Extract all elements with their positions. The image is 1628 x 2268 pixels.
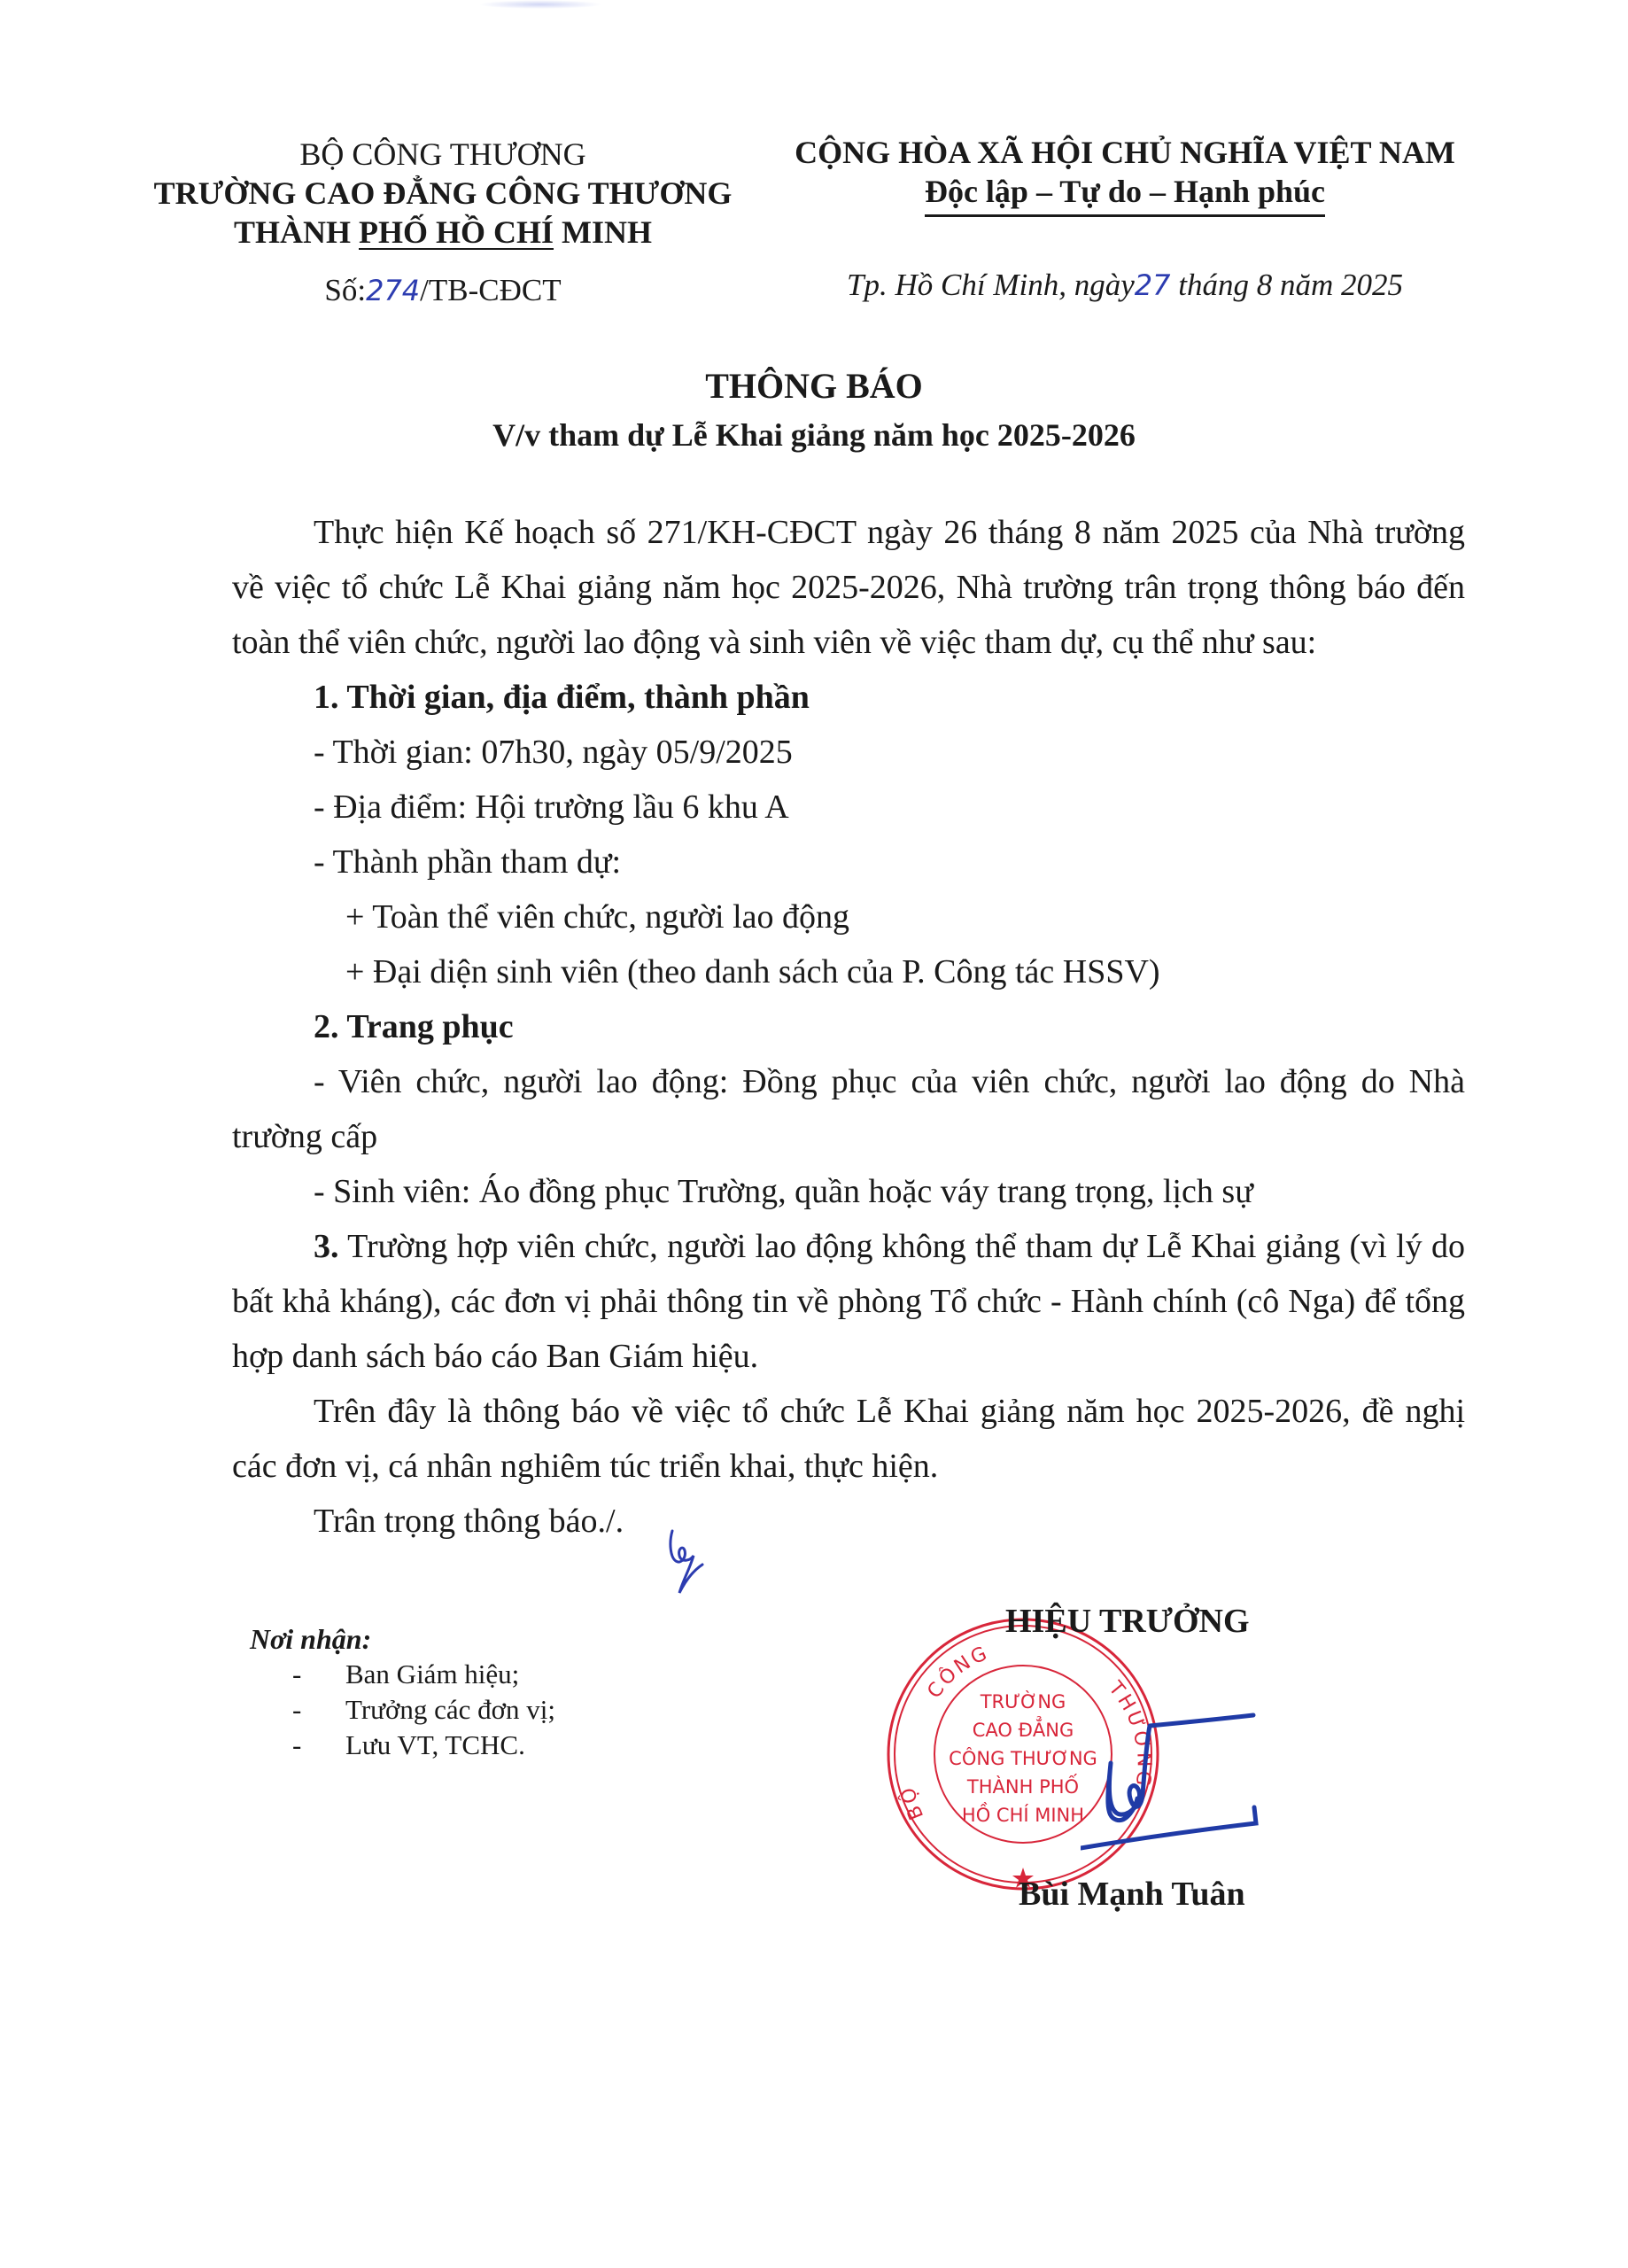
closing-paragraph: Trên đây là thông báo về việc tổ chức Lễ… bbox=[232, 1384, 1465, 1494]
event-time: - Thời gian: 07h30, ngày 05/9/2025 bbox=[232, 725, 1465, 780]
participants-label: - Thành phần tham dự: bbox=[232, 835, 1465, 889]
stamp-inner-line: CAO ĐẲNG bbox=[973, 1716, 1074, 1741]
stamp-inner-line: HỒ CHÍ MINH bbox=[962, 1802, 1084, 1826]
handwritten-day: 27 bbox=[1135, 268, 1171, 302]
issue-date: Tp. Hồ Chí Minh, ngày27 tháng 8 năm 2025 bbox=[762, 268, 1488, 303]
recipient-item: -Lưu VT, TCHC. bbox=[250, 1728, 555, 1763]
document-title: THÔNG BÁO bbox=[0, 365, 1628, 407]
signer-name: Bùi Mạnh Tuân bbox=[1019, 1875, 1245, 1914]
handwritten-initials bbox=[667, 1526, 711, 1596]
event-place: - Địa điểm: Hội trường lầu 6 khu A bbox=[232, 780, 1465, 835]
recipient-item: -Ban Giám hiệu; bbox=[250, 1657, 555, 1692]
school-name: TRƯỜNG CAO ĐẲNG CÔNG THƯƠNG bbox=[142, 174, 744, 213]
recipients-block: Nơi nhận: -Ban Giám hiệu; -Trưởng các đơ… bbox=[250, 1621, 555, 1763]
school-city: THÀNH PHỐ HỒ CHÍ MINH bbox=[142, 213, 744, 252]
national-header: CỘNG HÒA XÃ HỘI CHỦ NGHĨA VIỆT NAM Độc l… bbox=[762, 133, 1488, 217]
document-body: Thực hiện Kế hoạch số 271/KH-CĐCT ngày 2… bbox=[232, 505, 1465, 1549]
scan-smudge bbox=[478, 0, 602, 9]
dress-code-staff: - Viên chức, người lao động: Đồng phục c… bbox=[232, 1054, 1465, 1164]
svg-text:BỘ: BỘ bbox=[896, 1783, 929, 1822]
stamp-inner-line: THÀNH PHỐ bbox=[966, 1773, 1079, 1798]
recipients-label: Nơi nhận: bbox=[250, 1621, 555, 1657]
handwritten-number: 274 bbox=[366, 274, 420, 307]
city-underline: PHỐ HỒ CHÍ bbox=[359, 214, 554, 250]
stamp-inner-line: TRƯỜNG bbox=[980, 1690, 1066, 1713]
national-motto: Độc lập – Tự do – Hạnh phúc bbox=[925, 172, 1325, 217]
section-2-heading: 2. Trang phục bbox=[232, 999, 1465, 1054]
participant-item: + Đại diện sinh viên (theo danh sách của… bbox=[232, 944, 1465, 999]
document-subject: V/v tham dự Lễ Khai giảng năm học 2025-2… bbox=[0, 416, 1628, 454]
section-3-paragraph: 3. Trường hợp viên chức, người lao động … bbox=[232, 1219, 1465, 1384]
issuer-header: BỘ CÔNG THƯƠNG TRƯỜNG CAO ĐẲNG CÔNG THƯƠ… bbox=[142, 135, 744, 310]
intro-paragraph: Thực hiện Kế hoạch số 271/KH-CĐCT ngày 2… bbox=[232, 505, 1465, 670]
stamp-inner-line: CÔNG THƯƠNG bbox=[949, 1747, 1097, 1769]
dress-code-students: - Sinh viên: Áo đồng phục Trường, quần h… bbox=[232, 1164, 1465, 1219]
country-name: CỘNG HÒA XÃ HỘI CHỦ NGHĨA VIỆT NAM bbox=[762, 133, 1488, 172]
ministry-name: BỘ CÔNG THƯƠNG bbox=[142, 135, 744, 174]
regards-line: Trân trọng thông báo./. bbox=[232, 1494, 1465, 1549]
participant-item: + Toàn thể viên chức, người lao động bbox=[232, 889, 1465, 944]
recipient-item: -Trưởng các đơn vị; bbox=[250, 1692, 555, 1728]
signer-title: HIỆU TRƯỞNG bbox=[1005, 1602, 1250, 1641]
section-1-heading: 1. Thời gian, địa điểm, thành phần bbox=[232, 670, 1465, 725]
handwritten-signature bbox=[1081, 1710, 1293, 1860]
document-number: Số:274/TB-CĐCT bbox=[142, 271, 744, 310]
stamp-outer-left: BỘ bbox=[896, 1783, 929, 1822]
